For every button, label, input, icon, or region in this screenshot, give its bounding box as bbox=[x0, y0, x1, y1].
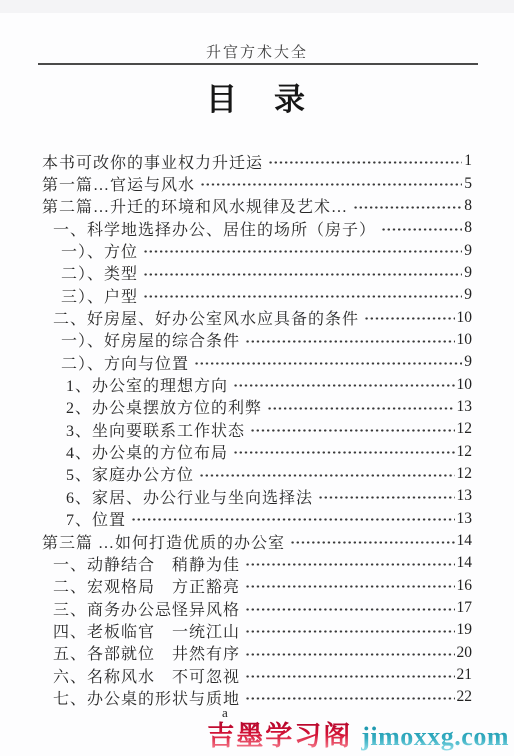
toc-entry-text: 四、老板临官 一统江山 bbox=[53, 619, 240, 642]
toc-entry-text: 7、位置 bbox=[66, 507, 126, 530]
scan-edge-band bbox=[0, 0, 514, 13]
toc-entry-text: 七、办公桌的形状与质地 bbox=[53, 686, 240, 709]
dot-leader bbox=[245, 552, 454, 574]
dot-leader bbox=[245, 664, 454, 686]
toc-list: 本书可改你的事业权力升迁运1 第一篇…官运与风水5 第二篇…升迁的环境和风水规律… bbox=[40, 150, 472, 709]
toc-entry-row: 一、动静结合 稍静为佳14 bbox=[40, 552, 472, 574]
toc-entry-row: 一）、好房屋的综合条件10 bbox=[40, 329, 472, 351]
toc-entry-page: 13 bbox=[457, 510, 473, 528]
toc-entry-row: 4、办公桌的方位布局12 bbox=[40, 440, 472, 462]
toc-entry-row: 二）、类型9 bbox=[40, 262, 472, 284]
toc-entry-row: 一、科学地选择办公、居住的场所（房子）8 bbox=[40, 217, 472, 239]
toc-entry-row: 二）、方向与位置9 bbox=[40, 351, 472, 373]
toc-entry-row: 5、家庭办公方位12 bbox=[40, 463, 472, 485]
toc-entry-page: 14 bbox=[457, 554, 473, 572]
toc-entry-page: 8 bbox=[464, 219, 472, 237]
toc-entry-row: 四、老板临官 一统江山19 bbox=[40, 619, 472, 641]
toc-entry-page: 12 bbox=[457, 443, 473, 461]
watermark-domain: jimoxxg.com bbox=[361, 722, 509, 752]
dot-leader bbox=[245, 642, 454, 664]
toc-entry-row: 6、家居、办公行业与坐向选择法13 bbox=[40, 485, 472, 507]
toc-entry-page: 14 bbox=[457, 532, 473, 550]
dot-leader bbox=[245, 597, 454, 619]
dot-leader bbox=[353, 195, 462, 217]
dot-leader bbox=[245, 619, 454, 641]
toc-entry-text: 五、各部就位 井然有序 bbox=[53, 641, 240, 664]
toc-entry-text: 一）、好房屋的综合条件 bbox=[61, 328, 240, 351]
dot-leader bbox=[245, 686, 454, 708]
toc-entry-row: 三、商务办公忌怪异风格17 bbox=[40, 597, 472, 619]
toc-entry-text: 二、好房屋、好办公室风水应具备的条件 bbox=[53, 306, 359, 329]
toc-entry-text: 六、名称风水 不可忽视 bbox=[53, 664, 240, 687]
toc-entry-text: 6、家居、办公行业与坐向选择法 bbox=[66, 485, 313, 508]
toc-entry-text: 二、宏观格局 方正豁亮 bbox=[53, 574, 240, 597]
toc-entry-text: 3、坐向要联系工作状态 bbox=[66, 418, 245, 441]
toc-entry-row: 第二篇…升迁的环境和风水规律及艺术…8 bbox=[40, 195, 472, 217]
toc-entry-page: 10 bbox=[457, 331, 473, 349]
toc-entry-text: 三）、户型 bbox=[61, 284, 138, 307]
toc-entry-text: 4、办公桌的方位布局 bbox=[66, 440, 228, 463]
toc-entry-row: 2、办公桌摆放方位的利弊13 bbox=[40, 396, 472, 418]
toc-entry-page: 9 bbox=[464, 264, 472, 282]
toc-entry-page: 13 bbox=[457, 398, 473, 416]
dot-leader bbox=[381, 217, 462, 239]
dot-leader bbox=[233, 440, 454, 462]
toc-entry-row: 一）、方位9 bbox=[40, 239, 472, 261]
toc-entry-row: 本书可改你的事业权力升迁运1 bbox=[40, 150, 472, 172]
toc-entry-page: 12 bbox=[457, 465, 473, 483]
toc-entry-text: 5、家庭办公方位 bbox=[66, 462, 194, 485]
toc-entry-text: 第一篇…官运与风水 bbox=[42, 172, 195, 195]
dot-leader bbox=[131, 508, 454, 530]
dot-leader bbox=[318, 485, 454, 507]
toc-entry-page: 13 bbox=[457, 487, 473, 505]
header-rule bbox=[38, 63, 478, 65]
dot-leader bbox=[245, 575, 454, 597]
dot-leader bbox=[267, 396, 454, 418]
toc-entry-text: 1、办公室的理想方向 bbox=[66, 373, 228, 396]
toc-entry-page: 9 bbox=[464, 242, 472, 260]
dot-leader bbox=[233, 373, 454, 395]
toc-entry-row: 六、名称风水 不可忽视21 bbox=[40, 664, 472, 686]
toc-entry-page: 1 bbox=[464, 152, 472, 170]
running-header-book-title: 升官方术大全 bbox=[0, 41, 514, 62]
toc-entry-text: 三、商务办公忌怪异风格 bbox=[53, 597, 240, 620]
site-watermark: 吉墨学习阁 jimoxxg.com bbox=[207, 714, 509, 753]
toc-entry-page: 9 bbox=[464, 353, 472, 371]
toc-entry-text: 一、动静结合 稍静为佳 bbox=[53, 552, 240, 575]
page-title: 目 录 bbox=[0, 74, 514, 119]
dot-leader bbox=[143, 284, 462, 306]
toc-entry-page: 8 bbox=[464, 197, 472, 215]
toc-entry-row: 1、办公室的理想方向10 bbox=[40, 373, 472, 395]
toc-entry-text: 第三篇 …如何打造优质的办公室 bbox=[42, 530, 285, 553]
toc-entry-page: 17 bbox=[457, 599, 473, 617]
toc-entry-page: 9 bbox=[464, 286, 472, 304]
dot-leader bbox=[268, 150, 462, 172]
toc-entry-text: 二）、方向与位置 bbox=[61, 351, 189, 374]
toc-entry-text: 本书可改你的事业权力升迁运 bbox=[42, 150, 263, 173]
toc-entry-text: 一、科学地选择办公、居住的场所（房子） bbox=[53, 217, 376, 240]
toc-entry-row: 三）、户型9 bbox=[40, 284, 472, 306]
dot-leader bbox=[364, 306, 454, 328]
dot-leader bbox=[250, 418, 454, 440]
toc-entry-row: 第三篇 …如何打造优质的办公室14 bbox=[40, 530, 472, 552]
toc-entry-page: 22 bbox=[457, 688, 473, 706]
toc-entry-row: 二、好房屋、好办公室风水应具备的条件10 bbox=[40, 306, 472, 328]
toc-entry-page: 5 bbox=[464, 175, 472, 193]
dot-leader bbox=[194, 351, 462, 373]
toc-entry-page: 10 bbox=[457, 309, 473, 327]
toc-entry-row: 七、办公桌的形状与质地22 bbox=[40, 686, 472, 708]
toc-entry-text: 一）、方位 bbox=[61, 239, 138, 262]
toc-entry-row: 3、坐向要联系工作状态12 bbox=[40, 418, 472, 440]
toc-entry-page: 21 bbox=[457, 666, 473, 684]
toc-entry-text: 第二篇…升迁的环境和风水规律及艺术… bbox=[42, 194, 348, 217]
toc-entry-row: 五、各部就位 井然有序20 bbox=[40, 642, 472, 664]
dot-leader bbox=[245, 329, 454, 351]
dot-leader bbox=[199, 463, 454, 485]
toc-entry-row: 7、位置13 bbox=[40, 508, 472, 530]
dot-leader bbox=[143, 262, 462, 284]
dot-leader bbox=[143, 239, 462, 261]
toc-entry-page: 16 bbox=[457, 577, 473, 595]
toc-entry-row: 第一篇…官运与风水5 bbox=[40, 172, 472, 194]
toc-entry-row: 二、宏观格局 方正豁亮16 bbox=[40, 575, 472, 597]
dot-leader bbox=[290, 530, 454, 552]
toc-entry-page: 12 bbox=[457, 420, 473, 438]
toc-entry-page: 20 bbox=[457, 644, 473, 662]
toc-entry-page: 10 bbox=[457, 376, 473, 394]
toc-entry-text: 2、办公桌摆放方位的利弊 bbox=[66, 395, 262, 418]
toc-entry-page: 19 bbox=[457, 621, 473, 639]
toc-entry-text: 二）、类型 bbox=[61, 261, 138, 284]
dot-leader bbox=[200, 172, 462, 194]
watermark-site-name: 吉墨学习阁 bbox=[207, 714, 352, 753]
